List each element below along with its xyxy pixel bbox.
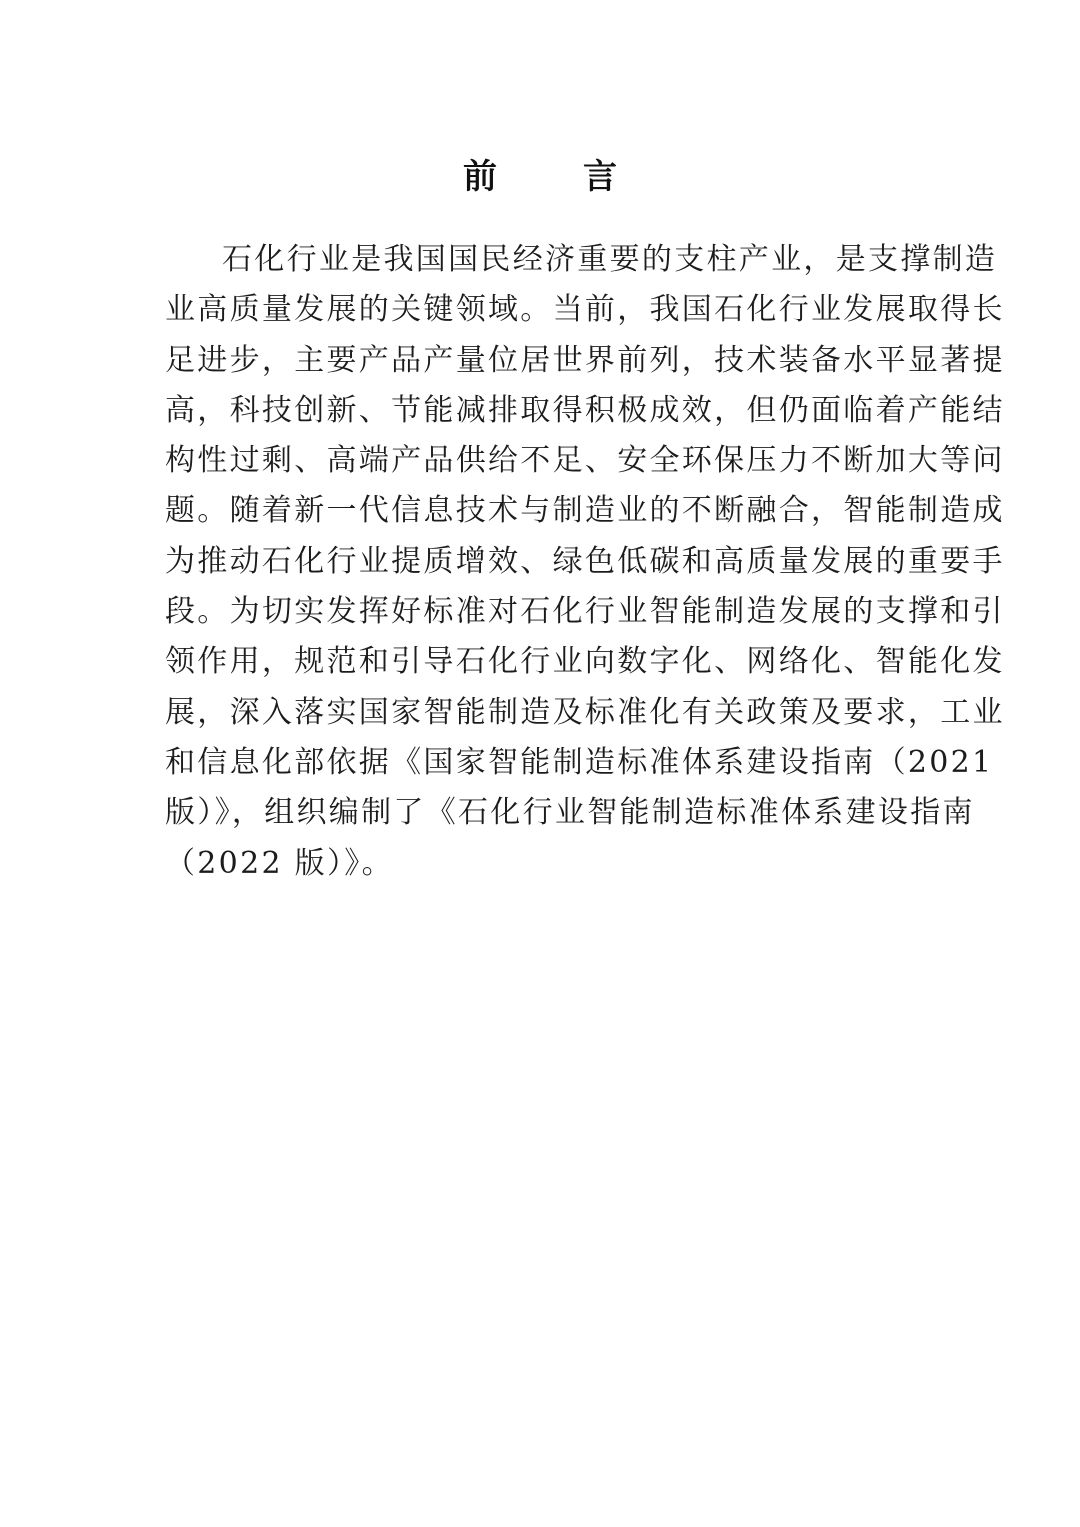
paragraph-line: 足进步，主要产品产量位居世界前列，技术装备水平显著提 — [165, 336, 917, 386]
preface-paragraph: 石化行业是我国国民经济重要的支柱产业，是支撑制造 业高质量发展的关键领域。当前，… — [165, 235, 917, 889]
document-page: 前 言 石化行业是我国国民经济重要的支柱产业，是支撑制造 业高质量发展的关键领域… — [0, 0, 1080, 1527]
paragraph-line: 石化行业是我国国民经济重要的支柱产业，是支撑制造 — [165, 235, 917, 285]
paragraph-line: （2022 版）》。 — [165, 839, 917, 889]
paragraph-line: 业高质量发展的关键领域。当前，我国石化行业发展取得长 — [165, 285, 917, 335]
paragraph-line: 为推动石化行业提质增效、绿色低碳和高质量发展的重要手 — [165, 537, 917, 587]
paragraph-line: 题。随着新一代信息技术与制造业的不断融合，智能制造成 — [165, 486, 917, 536]
paragraph-line: 版）》，组织编制了《石化行业智能制造标准体系建设指南 — [165, 788, 917, 838]
paragraph-line: 展，深入落实国家智能制造及标准化有关政策及要求，工业 — [165, 688, 917, 738]
page-title: 前 言 — [0, 155, 1080, 199]
paragraph-line: 段。为切实发挥好标准对石化行业智能制造发展的支撑和引 — [165, 587, 917, 637]
paragraph-line: 高，科技创新、节能减排取得积极成效，但仍面临着产能结 — [165, 386, 917, 436]
paragraph-line: 构性过剩、高端产品供给不足、安全环保压力不断加大等问 — [165, 436, 917, 486]
paragraph-line: 领作用，规范和引导石化行业向数字化、网络化、智能化发 — [165, 637, 917, 687]
paragraph-line: 和信息化部依据《国家智能制造标准体系建设指南（2021 — [165, 738, 917, 788]
